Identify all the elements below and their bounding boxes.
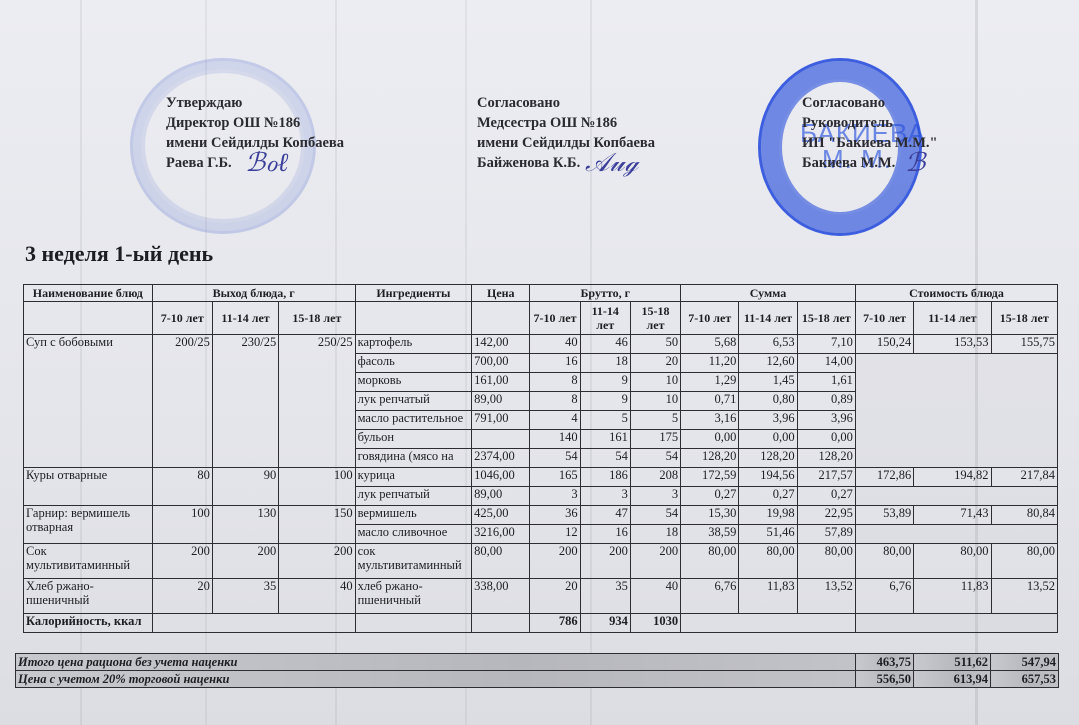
ingredient-brutto: 161 <box>580 430 630 449</box>
header-sum-age: 15-18 лет <box>797 302 855 335</box>
totals-row: Цена с учетом 20% торговой наценки556,50… <box>16 671 1059 688</box>
totals-value: 613,94 <box>914 671 991 688</box>
ingredient-sum: 14,00 <box>797 354 855 373</box>
totals-value: 657,53 <box>991 671 1059 688</box>
dish-yield: 100 <box>152 506 212 544</box>
dish-cost-blank <box>855 487 1057 506</box>
ingredient-brutto: 10 <box>630 392 680 411</box>
ingredient-brutto: 50 <box>630 335 680 354</box>
ingredient-price: 2374,00 <box>472 449 530 468</box>
table-row: Куры отварные8090100курица1046,001651862… <box>24 468 1058 487</box>
dish-yield: 200 <box>279 544 355 579</box>
ingredient-price: 161,00 <box>472 373 530 392</box>
header-ingredients: Ингредиенты <box>355 285 472 302</box>
dish-yield: 80 <box>152 468 212 506</box>
header-brutto-age: 15-18 лет <box>630 302 680 335</box>
ingredient-price: 89,00 <box>472 487 530 506</box>
ingredient-brutto: 200 <box>530 544 580 579</box>
ingredient-brutto: 9 <box>580 392 630 411</box>
ingredient-price: 425,00 <box>472 506 530 525</box>
table-row: Сок мультивитаминный200200200сок мультив… <box>24 544 1058 579</box>
ingredient-price: 338,00 <box>472 579 530 614</box>
header-brutto-age: 11-14 лет <box>580 302 630 335</box>
ingredient-brutto: 10 <box>630 373 680 392</box>
calories-value: 786 <box>530 614 580 633</box>
calories-value: 1030 <box>630 614 680 633</box>
ingredient-brutto: 16 <box>580 525 630 544</box>
dish-cost: 71,43 <box>914 506 991 525</box>
dish-cost: 150,24 <box>855 335 913 354</box>
totals-label: Цена с учетом 20% торговой наценки <box>16 671 856 688</box>
dish-cost: 13,52 <box>991 579 1057 614</box>
ingredient-brutto: 175 <box>630 430 680 449</box>
calories-sum-blank <box>681 614 856 633</box>
header-row-top: Наименование блюд Выход блюда, г Ингреди… <box>24 285 1058 302</box>
calories-row: Калорийность, ккал7869341030 <box>24 614 1058 633</box>
header-cost-age: 15-18 лет <box>991 302 1057 335</box>
ingredient-brutto: 40 <box>630 579 680 614</box>
ingredient-brutto: 4 <box>530 411 580 430</box>
ingredient-sum: 38,59 <box>681 525 739 544</box>
dish-yield: 130 <box>212 506 278 544</box>
ingredient-sum: 5,68 <box>681 335 739 354</box>
ingredient-sum: 22,95 <box>797 506 855 525</box>
ingredient-sum: 0,00 <box>681 430 739 449</box>
dish-cost: 53,89 <box>855 506 913 525</box>
menu-table-body: Суп с бобовыми200/25230/25250/25картофел… <box>24 335 1058 633</box>
ingredient-brutto: 208 <box>630 468 680 487</box>
ingredient-price: 89,00 <box>472 392 530 411</box>
ingredient-brutto: 16 <box>530 354 580 373</box>
dish-name: Гарнир: вермишель отварная <box>24 506 153 544</box>
ingredient-sum: 6,76 <box>681 579 739 614</box>
header-price-blank <box>472 302 530 335</box>
ingredient-sum: 0,00 <box>797 430 855 449</box>
ingredient-brutto: 140 <box>530 430 580 449</box>
ingredient-name: лук репчатый <box>355 392 472 411</box>
calories-ingredient-blank <box>355 614 472 633</box>
ingredient-name: фасоль <box>355 354 472 373</box>
ingredient-sum: 57,89 <box>797 525 855 544</box>
ingredient-brutto: 5 <box>580 411 630 430</box>
ingredient-sum: 13,52 <box>797 579 855 614</box>
ingredient-price: 80,00 <box>472 544 530 579</box>
header-row-age-groups: 7-10 лет11-14 лет15-18 лет7-10 лет11-14 … <box>24 302 1058 335</box>
ingredient-sum: 172,59 <box>681 468 739 487</box>
calories-value: 934 <box>580 614 630 633</box>
ingredient-sum: 80,00 <box>681 544 739 579</box>
dish-cost: 6,76 <box>855 579 913 614</box>
header-yield-age: 15-18 лет <box>279 302 355 335</box>
ingredient-brutto: 18 <box>630 525 680 544</box>
totals-value: 547,94 <box>991 654 1059 671</box>
ingredient-sum: 128,20 <box>681 449 739 468</box>
totals-table: Итого цена рациона без учета наценки463,… <box>15 653 1059 688</box>
ingredient-sum: 11,20 <box>681 354 739 373</box>
ingredient-sum: 12,60 <box>739 354 797 373</box>
ingredient-brutto: 186 <box>580 468 630 487</box>
header-sum-age: 7-10 лет <box>681 302 739 335</box>
dish-yield: 35 <box>212 579 278 614</box>
ingredient-brutto: 40 <box>530 335 580 354</box>
ingredient-sum: 0,27 <box>797 487 855 506</box>
table-row: Хлеб ржано-пшеничный203540хлеб ржано-пше… <box>24 579 1058 614</box>
ingredient-brutto: 3 <box>580 487 630 506</box>
dish-cost: 217,84 <box>991 468 1057 487</box>
page-title: 3 неделя 1-ый день <box>25 241 213 267</box>
dish-yield: 90 <box>212 468 278 506</box>
header-yield: Выход блюда, г <box>152 285 355 302</box>
ingredient-sum: 0,80 <box>739 392 797 411</box>
ingredient-sum: 128,20 <box>739 449 797 468</box>
totals-row: Итого цена рациона без учета наценки463,… <box>16 654 1059 671</box>
ingredient-name: лук репчатый <box>355 487 472 506</box>
ingredient-brutto: 35 <box>580 579 630 614</box>
ingredient-brutto: 5 <box>630 411 680 430</box>
dish-name: Суп с бобовыми <box>24 335 153 468</box>
dish-name: Куры отварные <box>24 468 153 506</box>
ingredient-sum: 3,96 <box>739 411 797 430</box>
ingredient-price: 700,00 <box>472 354 530 373</box>
header-dish: Наименование блюд <box>24 285 153 302</box>
dish-yield: 20 <box>152 579 212 614</box>
ingredient-brutto: 3 <box>530 487 580 506</box>
ingredient-brutto: 200 <box>580 544 630 579</box>
dish-name: Сок мультивитаминный <box>24 544 153 579</box>
approval-position: Медсестра ОШ №186 <box>477 113 655 133</box>
ingredient-brutto: 18 <box>580 354 630 373</box>
dish-cost: 172,86 <box>855 468 913 487</box>
ingredient-brutto: 200 <box>630 544 680 579</box>
ingredient-sum: 0,27 <box>681 487 739 506</box>
dish-cost: 80,00 <box>991 544 1057 579</box>
calories-label: Калорийность, ккал <box>24 614 153 633</box>
ingredient-sum: 0,89 <box>797 392 855 411</box>
header-yield-age: 7-10 лет <box>152 302 212 335</box>
dish-yield: 200/25 <box>152 335 212 468</box>
ingredient-price: 1046,00 <box>472 468 530 487</box>
dish-cost-blank <box>855 354 1057 468</box>
dish-cost: 153,53 <box>914 335 991 354</box>
header-ingredients-blank <box>355 302 472 335</box>
dish-name: Хлеб ржано-пшеничный <box>24 579 153 614</box>
ingredient-sum: 80,00 <box>739 544 797 579</box>
dish-cost: 11,83 <box>914 579 991 614</box>
dish-yield: 40 <box>279 579 355 614</box>
header-dish-blank <box>24 302 153 335</box>
ingredient-sum: 128,20 <box>797 449 855 468</box>
header-cost-age: 11-14 лет <box>914 302 991 335</box>
header-price: Цена <box>472 285 530 302</box>
header-brutto: Брутто, г <box>530 285 681 302</box>
nurse-signature: 𝒜𝓊ℊ <box>585 148 638 179</box>
ingredient-brutto: 54 <box>580 449 630 468</box>
ingredient-sum: 0,27 <box>739 487 797 506</box>
ingredient-price: 791,00 <box>472 411 530 430</box>
header-brutto-age: 7-10 лет <box>530 302 580 335</box>
dish-yield: 200 <box>212 544 278 579</box>
ingredient-sum: 6,53 <box>739 335 797 354</box>
ingredient-brutto: 20 <box>630 354 680 373</box>
approval-heading: Утверждаю <box>166 93 344 113</box>
ingredient-sum: 11,83 <box>739 579 797 614</box>
ingredient-name: картофель <box>355 335 472 354</box>
ingredient-brutto: 54 <box>630 506 680 525</box>
ingredient-price: 142,00 <box>472 335 530 354</box>
dish-yield: 100 <box>279 468 355 506</box>
ingredient-name: вермишель <box>355 506 472 525</box>
calories-cost-blank <box>855 614 1057 633</box>
ingredient-brutto: 165 <box>530 468 580 487</box>
ingredient-sum: 15,30 <box>681 506 739 525</box>
dish-cost: 155,75 <box>991 335 1057 354</box>
ingredient-name: морковь <box>355 373 472 392</box>
ingredient-name: бульон <box>355 430 472 449</box>
ingredient-brutto: 9 <box>580 373 630 392</box>
table-row: Гарнир: вермишель отварная100130150верми… <box>24 506 1058 525</box>
ingredient-sum: 1,29 <box>681 373 739 392</box>
dish-cost-blank <box>855 525 1057 544</box>
dish-cost: 80,00 <box>855 544 913 579</box>
ingredient-price <box>472 430 530 449</box>
ingredient-brutto: 54 <box>530 449 580 468</box>
header-cost-age: 7-10 лет <box>855 302 913 335</box>
totals-value: 556,50 <box>856 671 914 688</box>
dish-cost: 80,84 <box>991 506 1057 525</box>
ingredient-sum: 1,45 <box>739 373 797 392</box>
ingredient-sum: 3,16 <box>681 411 739 430</box>
calories-price-blank <box>472 614 530 633</box>
director-signature: ℬℴℓ <box>245 148 288 178</box>
totals-value: 511,62 <box>914 654 991 671</box>
ingredient-name: курица <box>355 468 472 487</box>
ingredient-brutto: 46 <box>580 335 630 354</box>
ingredient-brutto: 47 <box>580 506 630 525</box>
table-row: Суп с бобовыми200/25230/25250/25картофел… <box>24 335 1058 354</box>
ingredient-brutto: 54 <box>630 449 680 468</box>
dish-yield: 150 <box>279 506 355 544</box>
dish-yield: 250/25 <box>279 335 355 468</box>
approval-heading: Согласовано <box>802 93 938 113</box>
header-sum-age: 11-14 лет <box>739 302 797 335</box>
ingredient-sum: 7,10 <box>797 335 855 354</box>
menu-table: Наименование блюд Выход блюда, г Ингреди… <box>23 284 1058 633</box>
ingredient-sum: 80,00 <box>797 544 855 579</box>
ingredient-sum: 51,46 <box>739 525 797 544</box>
header-sum: Сумма <box>681 285 856 302</box>
ingredient-sum: 0,00 <box>739 430 797 449</box>
ingredient-brutto: 20 <box>530 579 580 614</box>
totals-value: 463,75 <box>856 654 914 671</box>
dish-cost: 194,82 <box>914 468 991 487</box>
ingredient-sum: 0,71 <box>681 392 739 411</box>
dish-cost: 80,00 <box>914 544 991 579</box>
ingredient-name: масло растительное <box>355 411 472 430</box>
dish-yield: 200 <box>152 544 212 579</box>
ingredient-name: сок мультивитаминный <box>355 544 472 579</box>
ingredient-brutto: 3 <box>630 487 680 506</box>
ingredient-sum: 3,96 <box>797 411 855 430</box>
ingredient-sum: 19,98 <box>739 506 797 525</box>
ingredient-sum: 194,56 <box>739 468 797 487</box>
ingredient-sum: 217,57 <box>797 468 855 487</box>
ingredient-sum: 1,61 <box>797 373 855 392</box>
ingredient-brutto: 12 <box>530 525 580 544</box>
ingredient-brutto: 8 <box>530 373 580 392</box>
approval-heading: Согласовано <box>477 93 655 113</box>
ingredient-brutto: 36 <box>530 506 580 525</box>
ingredient-name: говядина (мясо на <box>355 449 472 468</box>
supplier-signature: ℬ <box>905 148 925 178</box>
ingredient-price: 3216,00 <box>472 525 530 544</box>
dish-yield: 230/25 <box>212 335 278 468</box>
header-yield-age: 11-14 лет <box>212 302 278 335</box>
approval-position: Руководитель <box>802 113 938 133</box>
ingredient-name: хлеб ржано-пшеничный <box>355 579 472 614</box>
calories-yield-blank <box>152 614 355 633</box>
totals-label: Итого цена рациона без учета наценки <box>16 654 856 671</box>
ingredient-name: масло сливочное <box>355 525 472 544</box>
approval-position: Директор ОШ №186 <box>166 113 344 133</box>
ingredient-brutto: 8 <box>530 392 580 411</box>
header-cost: Стоимость блюда <box>855 285 1057 302</box>
